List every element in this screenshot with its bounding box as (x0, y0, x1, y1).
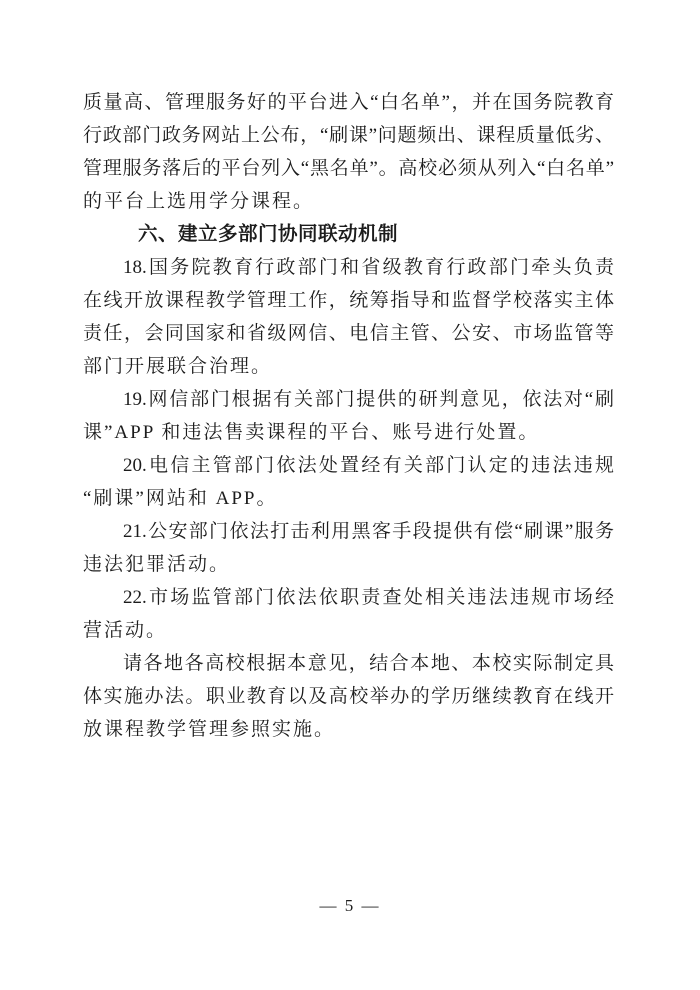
body-line: 的平台上选用学分课程。 (83, 185, 614, 218)
body-line: 行政部门政务网站上公布，“刷课”问题频出、课程质量低劣、 (83, 119, 614, 152)
body-line: 在线开放课程教学管理工作，统筹指导和监督学校落实主体 (83, 284, 614, 317)
body-line: 20.电信主管部门依法处置经有关部门认定的违法违规 (83, 449, 614, 482)
body-line: 营活动。 (83, 614, 614, 647)
body-line: “刷课”网站和 APP。 (83, 482, 614, 515)
body-line: 体实施办法。职业教育以及高校举办的学历继续教育在线开 (83, 680, 614, 713)
body-line: 19.网信部门根据有关部门提供的研判意见，依法对“刷 (83, 383, 614, 416)
section-heading: 六、建立多部门协同联动机制 (83, 218, 614, 251)
document-body: 质量高、管理服务好的平台进入“白名单”，并在国务院教育 行政部门政务网站上公布，… (83, 86, 614, 746)
body-line: 责任，会同国家和省级网信、电信主管、公安、市场监管等 (83, 317, 614, 350)
body-line: 18.国务院教育行政部门和省级教育行政部门牵头负责 (83, 251, 614, 284)
body-line: 21.公安部门依法打击利用黑客手段提供有偿“刷课”服务 (83, 515, 614, 548)
body-line: 违法犯罪活动。 (83, 548, 614, 581)
body-line: 质量高、管理服务好的平台进入“白名单”，并在国务院教育 (83, 86, 614, 119)
document-page: 质量高、管理服务好的平台进入“白名单”，并在国务院教育 行政部门政务网站上公布，… (0, 0, 700, 990)
body-line: 部门开展联合治理。 (83, 350, 614, 383)
body-line: 课”APP 和违法售卖课程的平台、账号进行处置。 (83, 416, 614, 449)
page-number: — 5 — (0, 896, 700, 916)
body-line: 管理服务落后的平台列入“黑名单”。高校必须从列入“白名单” (83, 152, 614, 185)
body-line: 请各地各高校根据本意见，结合本地、本校实际制定具 (83, 647, 614, 680)
body-line: 放课程教学管理参照实施。 (83, 713, 614, 746)
body-line: 22.市场监管部门依法依职责查处相关违法违规市场经 (83, 581, 614, 614)
